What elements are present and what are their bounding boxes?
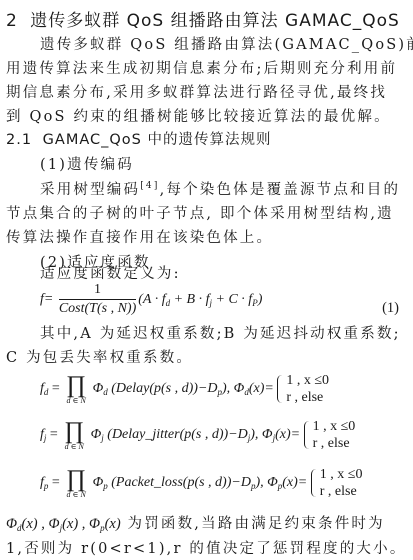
subsection-number: 2.1 [6,132,32,148]
citation-ref: [4] [140,181,159,191]
closing-line-2: 1,否则为 r(0<r<1),r 的值决定了惩罚程度的大小。 [6,537,407,558]
intro-line-2: 用遗传算法来生成初期信息素分布;后期则充分利用前 [6,57,397,78]
section-number: 2 [6,11,18,31]
intro-line-4: 到 QoS 约束的组播树能够比较接近算法的最优解。 [6,105,391,126]
fitness-intro: 适应度函数定义为: [40,262,181,283]
subsection-heading: 2.1 GAMAC_QoS 中的遗传算法规则 [6,128,271,149]
piecewise-cases: 1 , x ≤0r , else [304,418,356,452]
piecewise-cases: 1 , x ≤0r , else [311,466,363,500]
section-title: 遗传多蚁群 QoS 组播路由算法 GAMAC_QoS [30,11,400,31]
equation-number: (1) [382,300,399,317]
coeff-line-1: 其中,A 为延迟权重系数;B 为延迟抖动权重系数; [40,322,401,343]
subsection-title: GAMAC_QoS 中的遗传算法规则 [43,132,272,148]
item1-heading: (1)遗传编码 [40,153,134,174]
closing-line-1: Φd(x) , Φj(x) , Φp(x) 为罚函数,当路由满足约束条件时为 [6,512,385,533]
eq1-fraction: 1 Cost(T(s , N)) [59,282,136,317]
product-operator: ∏d ∈ N [66,374,86,405]
item1-line-2: 节点集合的子树的叶子节点, 即个体采用树型结构,遗 [6,202,394,223]
coeff-line-2: C 为包丢失率权重系数。 [6,346,193,367]
intro-line-3: 期信息素分布,采用多蚁群算法进行路径寻优,最终找 [6,81,387,102]
eq1-denominator: Cost(T(s , N)) [59,300,136,317]
item1-line-1-text: 采用树型编码 [40,182,140,198]
penalty-functions: Φd(x) , Φj(x) , Φp(x) [6,516,121,532]
piecewise-cases: 1 , x ≤0r , else [277,372,329,406]
equation-fp: fp = ∏d ∈ N Φp (Packet_loss(p(s , d))−Dp… [40,466,362,500]
product-operator: ∏d ∈ N [64,420,84,451]
intro-line-1: 遗传多蚁群 QoS 组播路由算法(GAMAC_QoS)前期采 [40,33,413,54]
eq1-lhs: f= [40,292,53,307]
item1-line-1: 采用树型编码[4],每个染色体是覆盖源节点和目的 [40,178,400,199]
section-heading: 2 遗传多蚁群 QoS 组播路由算法 GAMAC_QoS [6,6,400,31]
equation-1: f= 1 Cost(T(s , N)) (A · fd + B · fj + C… [40,282,262,317]
item1-line-3: 传算法操作直接作用在该染色体上。 [6,226,273,247]
item1-line-1-rest: ,每个染色体是覆盖源节点和目的 [160,182,401,198]
product-operator: ∏d ∈ N [66,468,86,499]
eq1-numerator: 1 [59,282,136,300]
eq1-rhs: (A · fd + B · fj + C · fP) [138,292,262,307]
equation-fd: fd = ∏d ∈ N Φd (Delay(p(s , d))−Dp), Φd(… [40,372,329,406]
equation-fj: fj = ∏d ∈ N Φj (Delay_jitter(p(s , d))−D… [40,418,355,452]
closing-line-1-text: 为罚函数,当路由满足约束条件时为 [128,516,385,532]
